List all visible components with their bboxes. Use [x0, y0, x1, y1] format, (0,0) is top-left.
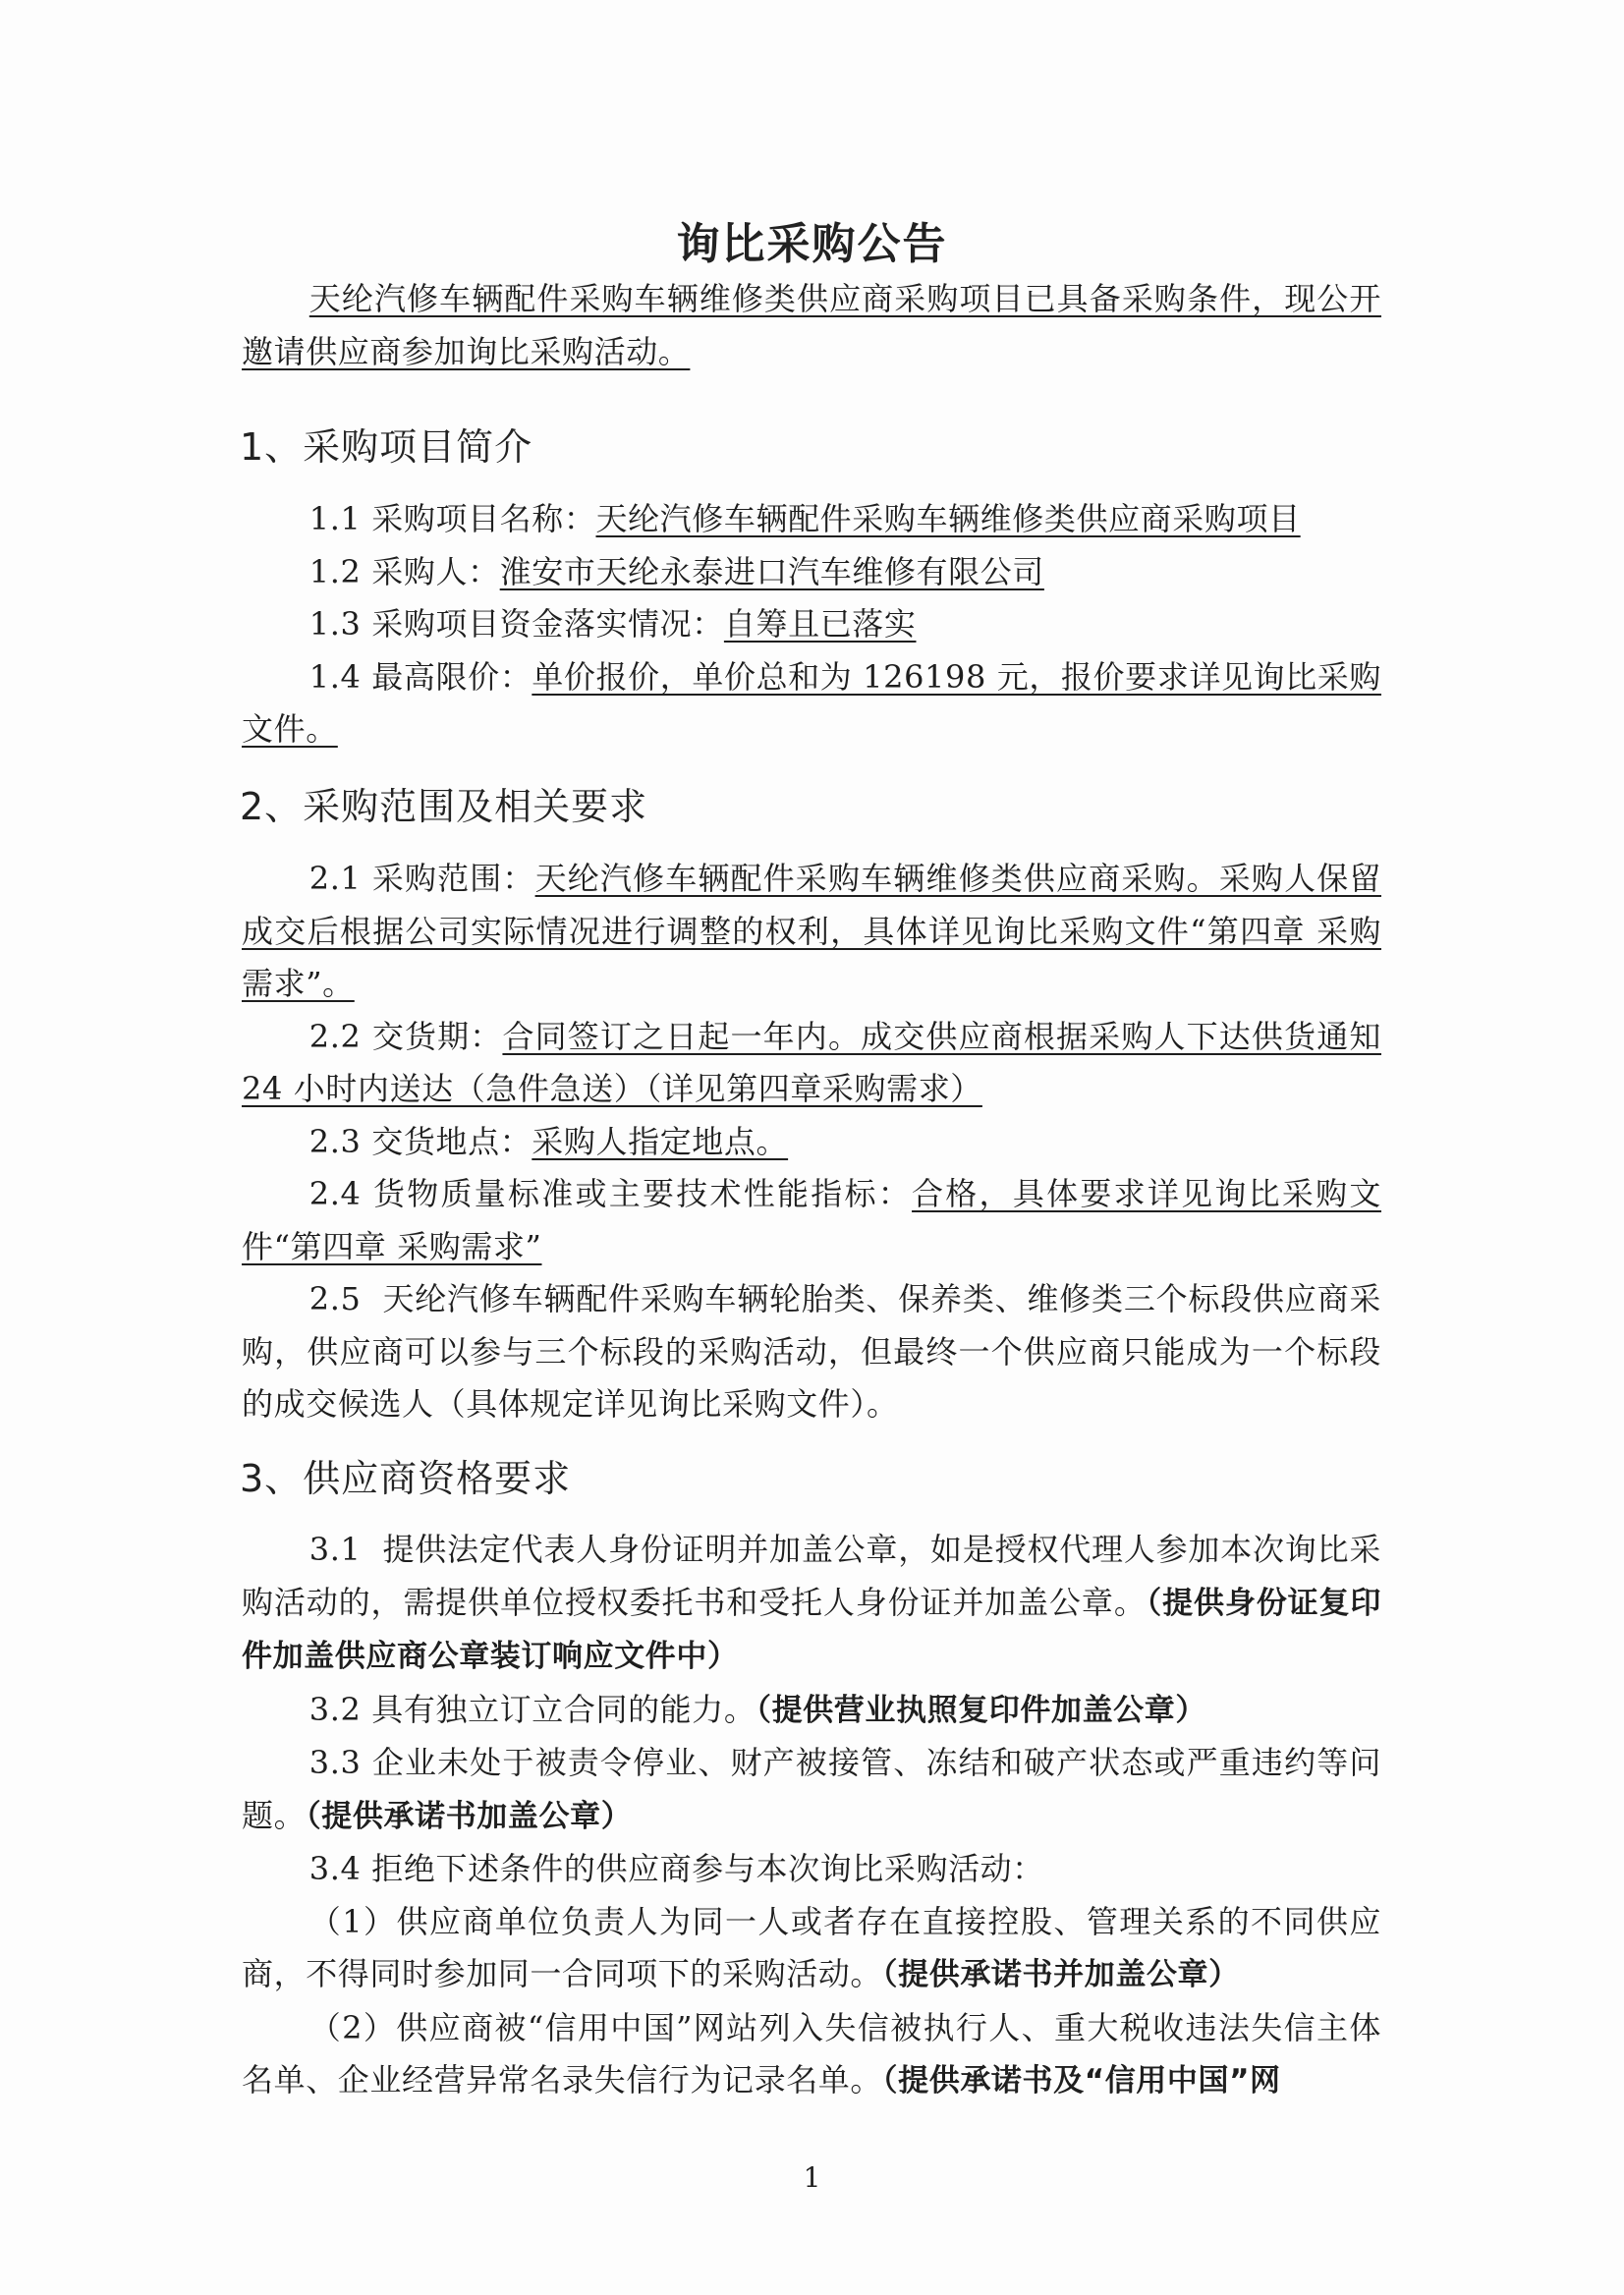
page-number: 1	[0, 2161, 1624, 2194]
section-2-body: 2.1 采购范围：天纶汽修车辆配件采购车辆维修类供应商采购。采购人保留成交后根据…	[242, 853, 1381, 1431]
section-3-body: 3.1 提供法定代表人身份证明并加盖公章，如是授权代理人参加本次询比采购活动的，…	[242, 1524, 1381, 2108]
item-3-3: 3.3 企业未处于被责令停业、财产被接管、冻结和破产状态或严重违约等问题。（提供…	[242, 1737, 1381, 1843]
section-heading-3: 3、供应商资格要求	[240, 1448, 571, 1502]
item-3-4-1: （1）供应商单位负责人为同一人或者存在直接控股、管理关系的不同供应商，不得同时参…	[242, 1896, 1381, 2002]
item-1-4: 1.4 最高限价：单价报价，单价总和为 126198 元，报价要求详见询比采购文…	[242, 651, 1381, 756]
document-page: 询比采购公告 天纶汽修车辆配件采购车辆维修类供应商采购项目已具备采购条件，现公开…	[0, 0, 1624, 2295]
item-2-1: 2.1 采购范围：天纶汽修车辆配件采购车辆维修类供应商采购。采购人保留成交后根据…	[242, 853, 1381, 1011]
item-3-4: 3.4 拒绝下述条件的供应商参与本次询比采购活动：	[242, 1843, 1381, 1896]
item-3-4-2: （2）供应商被“信用中国”网站列入失信被执行人、重大税收违法失信主体名单、企业经…	[242, 2002, 1381, 2108]
page-title: 询比采购公告	[0, 208, 1624, 271]
intro-text: 天纶汽修车辆配件采购车辆维修类供应商采购项目已具备采购条件，现公开邀请供应商参加…	[242, 280, 1381, 370]
section-heading-1: 1、采购项目简介	[240, 417, 532, 471]
item-2-3: 2.3 交货地点：采购人指定地点。	[242, 1116, 1381, 1169]
item-2-5: 2.5 天纶汽修车辆配件采购车辆轮胎类、保养类、维修类三个标段供应商采购，供应商…	[242, 1273, 1381, 1431]
item-1-1: 1.1 采购项目名称：天纶汽修车辆配件采购车辆维修类供应商采购项目	[242, 493, 1381, 546]
item-3-2: 3.2 具有独立订立合同的能力。（提供营业执照复印件加盖公章）	[242, 1684, 1381, 1738]
item-3-1: 3.1 提供法定代表人身份证明并加盖公章，如是授权代理人参加本次询比采购活动的，…	[242, 1524, 1381, 1684]
item-1-2: 1.2 采购人：淮安市天纶永泰进口汽车维修有限公司	[242, 546, 1381, 599]
item-1-3: 1.3 采购项目资金落实情况：自筹且已落实	[242, 598, 1381, 651]
item-2-4: 2.4 货物质量标准或主要技术性能指标：合格，具体要求详见询比采购文件“第四章 …	[242, 1168, 1381, 1273]
section-1-body: 1.1 采购项目名称：天纶汽修车辆配件采购车辆维修类供应商采购项目 1.2 采购…	[242, 493, 1381, 756]
intro-paragraph: 天纶汽修车辆配件采购车辆维修类供应商采购项目已具备采购条件，现公开邀请供应商参加…	[242, 273, 1381, 378]
section-heading-2: 2、采购范围及相关要求	[240, 776, 647, 830]
item-2-2: 2.2 交货期：合同签订之日起一年内。成交供应商根据采购人下达供货通知24 小时…	[242, 1011, 1381, 1116]
